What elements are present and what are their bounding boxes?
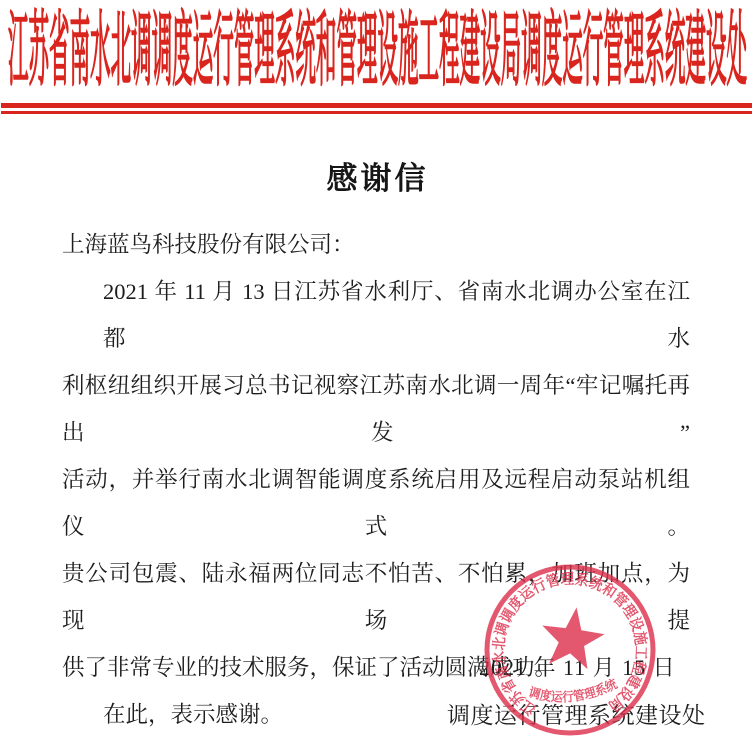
letter-body-line: 活动，并举行南水北调智能调度系统启用及远程启动泵站机组仪式。 — [62, 456, 690, 550]
letter-date: 2021 年 11 月 15 日 — [479, 651, 676, 682]
letter-body-line: 2021 年 11 月 13 日江苏省水利厅、省南水北调办公室在江都水 — [62, 268, 690, 362]
scanned-letter-page: 江苏省南水北调调度运行管理系统和管理设施工程建设局调度运行管理系统建设处 感谢信… — [0, 0, 755, 747]
letterhead-banner-text: 江苏省南水北调调度运行管理系统和管理设施工程建设局调度运行管理系统建设处 — [8, 5, 747, 96]
letterhead-rule-thin — [1, 111, 752, 114]
letterhead-rule-thick — [1, 103, 752, 108]
letter-body-line: 贵公司包震、陆永福两位同志不怕苦、不怕累，加班加点，为现场提 — [62, 550, 690, 644]
letter-title: 感谢信 — [0, 153, 755, 198]
letter-body-line: 利枢纽组织开展习总书记视察江苏南水北调一周年“牢记嘱托再出发” — [62, 362, 690, 456]
letter-signature: 调度运行管理系统建设处 — [447, 697, 706, 730]
letter-body-line: 上海蓝鸟科技股份有限公司： — [62, 221, 690, 268]
letterhead-banner: 江苏省南水北调调度运行管理系统和管理设施工程建设局调度运行管理系统建设处 — [0, 0, 755, 100]
